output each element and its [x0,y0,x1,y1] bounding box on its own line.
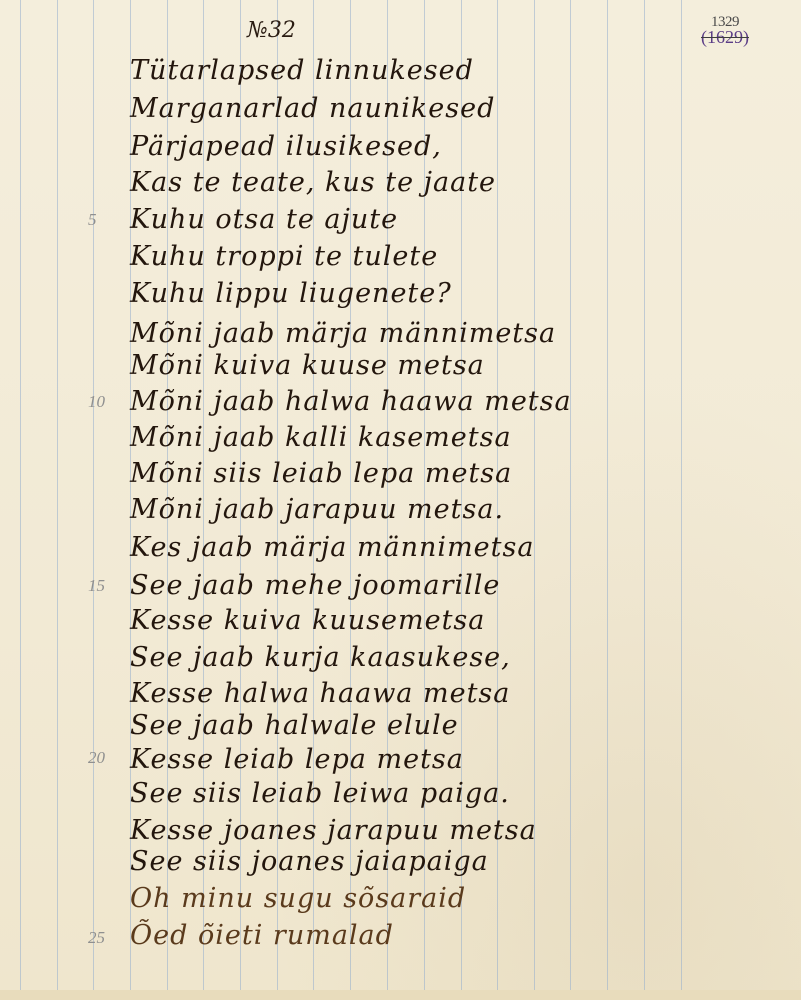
poem-line: Mõni siis leiab lepa metsa [130,458,512,489]
ruled-line [644,0,645,990]
margin-line-number: 25 [88,928,105,948]
poem-line: See jaab mehe joomarille [130,570,500,601]
ruled-line [681,0,682,990]
margin-line-number: 15 [88,576,105,596]
margin-line-number: 5 [88,210,97,230]
poem-line: Marganarlad naunikesed [130,93,495,124]
poem-line: Kuhu lippu liugenete? [130,278,452,309]
ruled-line [570,0,571,990]
poem-line: Oh minu sugu sõsaraid [130,883,466,914]
poem-line: Mõni kuiva kuuse metsa [130,350,485,381]
poem-line: Kuhu otsa te ajute [130,204,398,235]
poem-line: See siis joanes jaiapaiga [130,846,489,877]
margin-line-number: 20 [88,748,105,768]
poem-line: See siis leiab leiwa paiga. [130,778,510,809]
poem-line: Pärjapead ilusikesed, [130,131,442,162]
poem-line: Kesse leiab lepa metsa [130,744,464,775]
poem-line: Kes jaab märja männimetsa [130,532,534,563]
margin-line-number: 10 [88,392,105,412]
poem-line: Kesse joanes jarapuu metsa [130,815,537,846]
poem-line: See jaab halwale elule [130,710,459,741]
manuscript-page: №32 1329 (1629) Tütarlapsed linnukesed M… [0,0,801,992]
ruled-line [607,0,608,990]
poem-number: №32 [247,18,296,43]
poem-line: See jaab kurja kaasukese, [130,642,511,673]
archive-stamp: 1329 (1629) [690,14,760,48]
poem-line: Mõni jaab halwa haawa metsa [130,386,572,417]
poem-line: Kesse kuiva kuusemetsa [130,605,485,636]
poem-line: Mõni jaab märja männimetsa [130,318,556,349]
poem-line: Tütarlapsed linnukesed [130,55,474,86]
ruled-line [93,0,94,990]
archive-number-crossed-out: (1629) [690,27,760,48]
poem-line: Mõni jaab jarapuu metsa. [130,494,504,525]
poem-line: Kas te teate, kus te jaate [130,167,496,198]
poem-line: Mõni jaab kalli kasemetsa [130,422,512,453]
ruled-line [20,0,21,990]
poem-line: Kesse halwa haawa metsa [130,678,510,709]
poem-line: Kuhu troppi te tulete [130,241,438,272]
poem-line: Õed õieti rumalad [130,920,394,951]
ruled-line [57,0,58,990]
